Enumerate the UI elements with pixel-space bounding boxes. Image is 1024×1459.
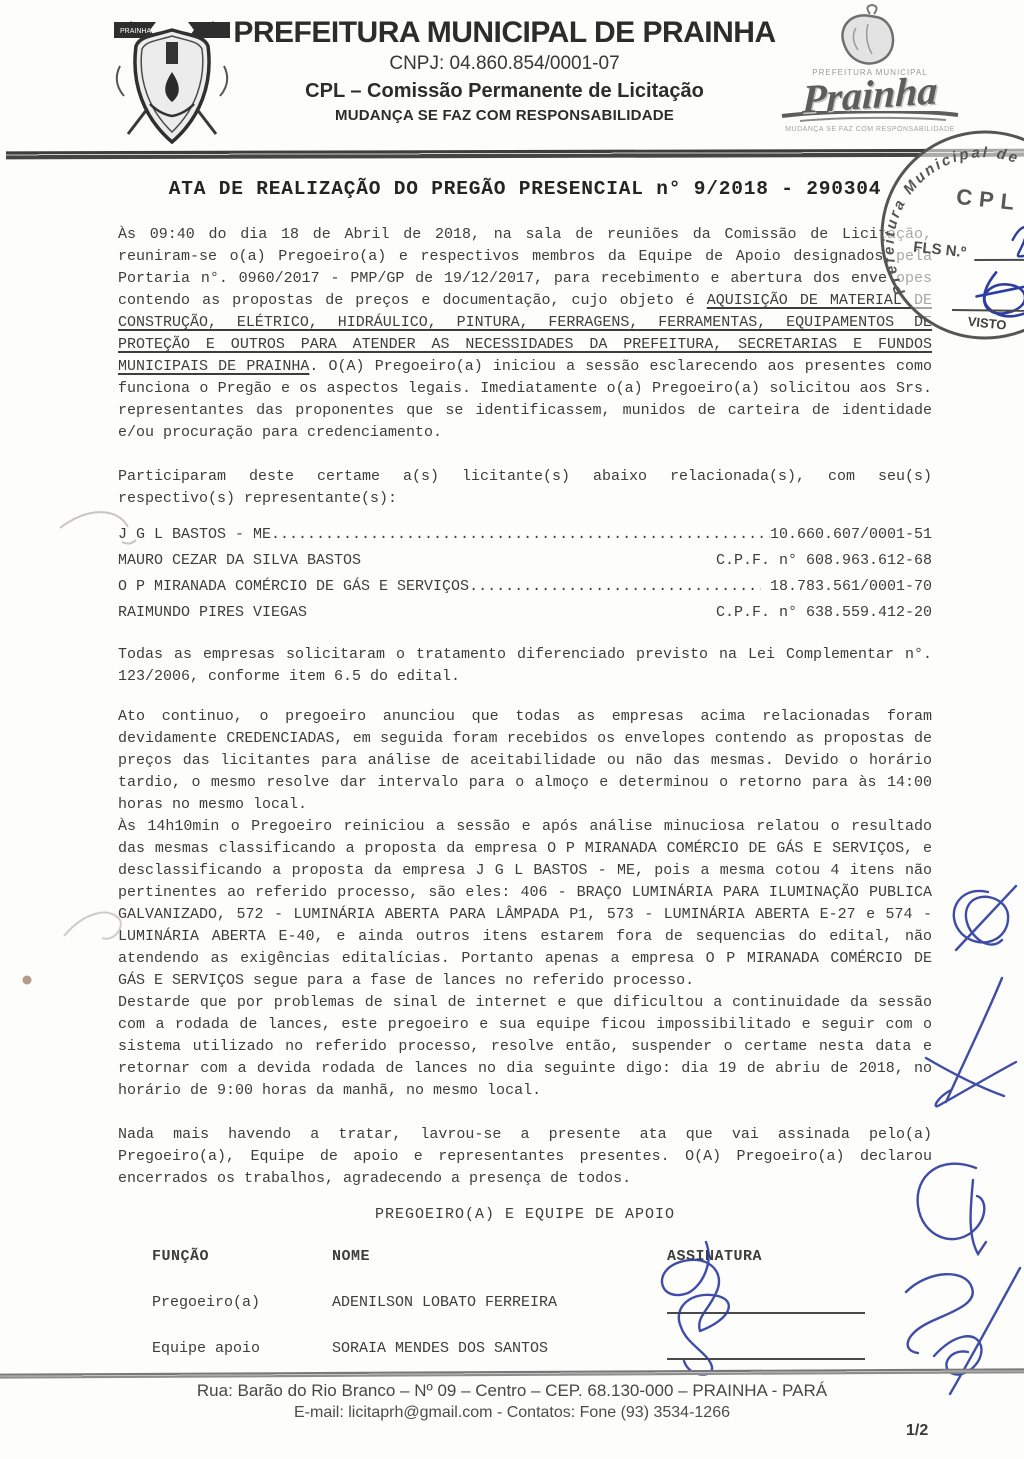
cashew-icon: [830, 4, 910, 68]
paper-speck: [23, 976, 32, 985]
footer-address: Rua: Barão do Rio Branco – Nº 09 – Centr…: [0, 1381, 1024, 1401]
participant-id: 10.660.607/0001-51: [770, 522, 932, 548]
logo-script-text: Prainha: [802, 72, 939, 118]
stamp-visto-signature: [975, 271, 1024, 321]
header-divider: [6, 149, 1024, 160]
participants-list: J G L BASTOS - ME.......................…: [118, 522, 932, 626]
paragraph-reinicio: Às 14h10min o Pregoeiro reiniciou a sess…: [118, 816, 932, 992]
participant-id: 18.783.561/0001-70: [761, 574, 932, 600]
org-cnpj: CNPJ: 04.860.854/0001-07: [232, 53, 777, 75]
participant-row: O P MIRANADA COMÉRCIO DE GÁS E SERVIÇOS.…: [118, 574, 932, 600]
footer-contact: E-mail: licitaprh@gmail.com - Contatos: …: [0, 1404, 1024, 1422]
paragraph-opening: Às 09:40 do dia 18 de Abril de 2018, na …: [118, 224, 932, 444]
footer-divider: [0, 1368, 1024, 1378]
coat-of-arms-icon: PRAINHA: [110, 6, 235, 152]
header-text-block: PREFEITURA MUNICIPAL DE PRAINHA CNPJ: 04…: [232, 16, 777, 124]
org-motto: MUDANÇA SE FAZ COM RESPONSABILIDADE: [232, 107, 777, 124]
page-number: 1/2: [906, 1422, 928, 1440]
stamp-cpl-label: CPL: [955, 184, 1022, 216]
participant-row: MAURO CEZAR DA SILVA BASTOSC.P.F. n° 608…: [118, 548, 932, 574]
document-title: ATA DE REALIZAÇÃO DO PREGÃO PRESENCIAL n…: [118, 178, 932, 200]
margin-flourish-signature: [926, 978, 1016, 1106]
org-dept: CPL – Comissão Permanente de Licitação: [232, 80, 777, 103]
col-header-assinatura: ASSINATURA: [667, 1246, 932, 1268]
col-header-nome: NOME: [332, 1246, 667, 1268]
paragraph-participants-intro: Participaram deste certame a(s) licitant…: [118, 466, 932, 510]
col-header-funcao: FUNÇÃO: [152, 1246, 332, 1268]
participant-name: RAIMUNDO PIRES VIEGAS: [118, 600, 307, 626]
spacer: [361, 548, 716, 574]
paragraph-credenciamento: Ato continuo, o pregoeiro anunciou que t…: [118, 706, 932, 816]
participant-id: C.P.F. n° 608.963.612-68: [716, 548, 932, 574]
signature-line: [667, 1336, 865, 1360]
participant-name: J G L BASTOS - ME: [118, 522, 271, 548]
participant-name: MAURO CEZAR DA SILVA BASTOS: [118, 548, 361, 574]
row-funcao: Equipe apoio: [152, 1338, 332, 1360]
stamp-visto-label: VISTO: [967, 314, 1007, 333]
document-body: ATA DE REALIZAÇÃO DO PREGÃO PRESENCIAL n…: [118, 168, 932, 1360]
logo-small-bottom: MUDANÇA SE FAZ COM RESPONSABILIDADE: [775, 126, 965, 133]
row-nome: ADENILSON LOBATO FERREIRA: [332, 1292, 667, 1314]
svg-text:PRAINHA: PRAINHA: [120, 28, 151, 35]
pencil-mark: [64, 913, 121, 939]
spacer: [307, 600, 716, 626]
participant-row: J G L BASTOS - ME.......................…: [118, 522, 932, 548]
paragraph-encerramento: Nada mais havendo a tratar, lavrou-se a …: [118, 1124, 932, 1190]
participant-row: RAIMUNDO PIRES VIEGASC.P.F. n° 638.559.4…: [118, 600, 932, 626]
participant-name: O P MIRANADA COMÉRCIO DE GÁS E SERVIÇOS: [118, 574, 469, 600]
row-nome: SORAIA MENDES DOS SANTOS: [332, 1338, 667, 1360]
scanned-document-page: PRAINHA PREFEITURA MUNICIPAL DE PRAINHA …: [0, 0, 1024, 1459]
signature-table: FUNÇÃO NOME ASSINATURA Pregoeiro(a) ADEN…: [152, 1246, 932, 1360]
row-funcao: Pregoeiro(a): [152, 1292, 332, 1314]
paragraph-tratamento: Todas as empresas solicitaram o tratamen…: [118, 644, 932, 688]
signature-section-heading: PREGOEIRO(A) E EQUIPE DE APOIO: [118, 1204, 932, 1226]
signature-line: [667, 1290, 865, 1314]
dot-leader: ........................................…: [469, 574, 761, 600]
margin-initial-signature: [954, 886, 1016, 950]
prainha-brand-logo: PREFEITURA MUNICIPAL Prainha MUDANÇA SE …: [775, 4, 965, 133]
participant-id: C.P.F. n° 638.559.412-20: [716, 600, 932, 626]
org-name: PREFEITURA MUNICIPAL DE PRAINHA: [232, 16, 777, 50]
dot-leader: ........................................…: [271, 522, 770, 548]
paragraph-suspensao: Destarde que por problemas de sinal de i…: [118, 992, 932, 1102]
stamp-handwritten-fls-number: [1011, 226, 1024, 260]
